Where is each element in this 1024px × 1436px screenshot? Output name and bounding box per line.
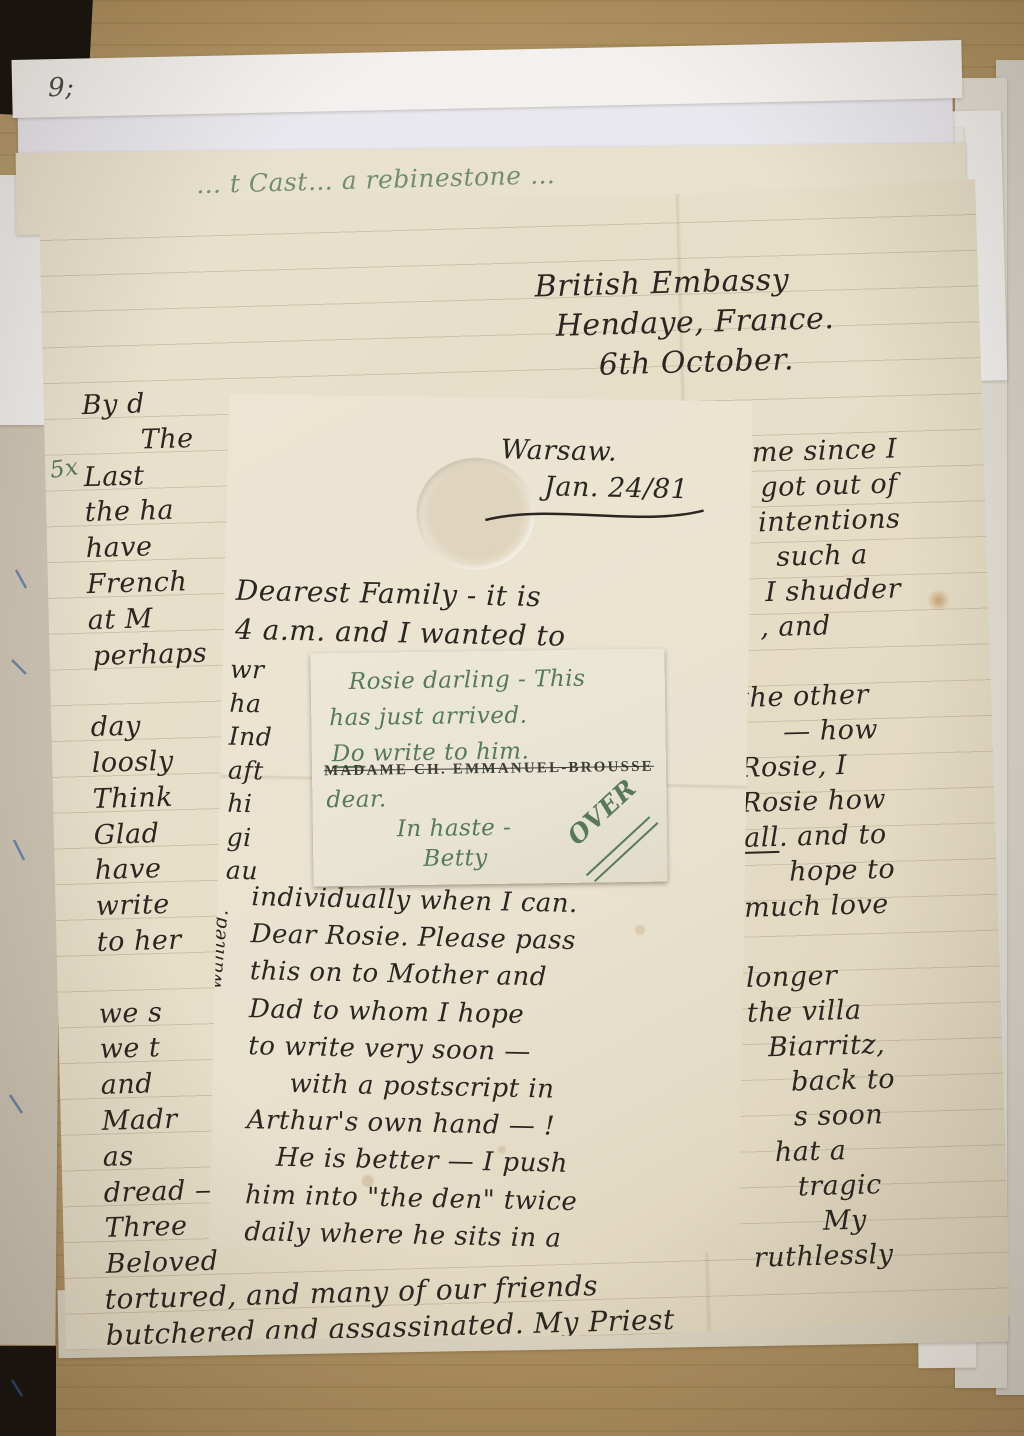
green-margin-note: 5x xyxy=(48,454,80,484)
letter-line-fragment: Ind xyxy=(228,720,272,754)
letter-line: the ha xyxy=(84,492,204,531)
place-line: Warsaw. xyxy=(501,434,618,467)
visiting-card: Rosie darling - This has just arrived. D… xyxy=(310,649,667,887)
letter-line: have xyxy=(85,528,205,567)
printed-card-name: MADAME CH. EMMANUEL-BROUSSE xyxy=(312,759,666,781)
letter-line-fragment: hi xyxy=(227,787,271,821)
letter-line: Rosie, I xyxy=(740,746,908,786)
green-script-fragment: … t Cast… a rebinestone … xyxy=(196,160,556,199)
corner-pencil-note: 9; xyxy=(48,73,75,104)
letter-line: hope to xyxy=(789,851,911,889)
salutation-lines: Dearest Family - it is4 a.m. and I wante… xyxy=(235,571,567,656)
card-signature-betty: Betty xyxy=(423,845,488,872)
letter-line: time since I xyxy=(731,431,899,471)
letter-line: we t xyxy=(99,1029,219,1068)
letter-line-all-underlined: all. and to xyxy=(744,819,887,854)
letter-line: the other xyxy=(738,676,906,716)
card-dear: dear. xyxy=(326,786,387,813)
letter-line: ruthlessly xyxy=(753,1236,921,1276)
letter-line: this on to Mother and xyxy=(249,954,582,998)
card-over-note: OVER xyxy=(562,773,642,850)
letter-line: got out of xyxy=(760,466,900,505)
date-underline-flourish xyxy=(479,500,709,531)
letter-line: longer xyxy=(746,956,914,996)
letter-line xyxy=(737,641,905,681)
letter-line: such a xyxy=(776,536,902,574)
letter-line: y intentions xyxy=(733,501,901,541)
letter-line: at M xyxy=(87,600,207,639)
letter-line: Last xyxy=(83,456,203,495)
letter-line: tragic xyxy=(797,1166,919,1204)
letter-line: , and xyxy=(760,606,904,645)
archive-photo: { "colors": { "cardboard": "#b2966a", "b… xyxy=(0,0,1024,1436)
letter-line-fragment: ha xyxy=(229,686,273,720)
letter-line: with a postscript in xyxy=(289,1066,580,1109)
letter-line: Dearest Family - it is xyxy=(235,571,566,617)
letter-line: we s xyxy=(98,993,218,1032)
letter-line: Glad xyxy=(93,814,213,853)
letter-right-column: time since Igot out ofy intentionssuch a… xyxy=(731,431,921,1275)
heading-line: 6th October. xyxy=(598,339,836,386)
letter-line xyxy=(745,921,913,961)
letter-line: have xyxy=(94,850,214,889)
letter-line-fragment: wr xyxy=(230,653,274,687)
card-green-line-2: has just arrived. xyxy=(329,702,527,731)
letter-line: I shudder xyxy=(765,571,903,610)
card-closing-haste: In haste - xyxy=(397,815,512,843)
line-remainder: . and to xyxy=(779,819,887,853)
letter-line: s soon xyxy=(793,1096,917,1134)
underlined-word: all xyxy=(744,822,780,854)
letter-left-column: By dTheLastthe hahaveFrenchat Mperhaps d… xyxy=(81,385,225,1283)
letter-line xyxy=(89,671,209,710)
letter-line: perhaps xyxy=(92,635,208,674)
letter-line: write xyxy=(95,886,215,925)
letter-line: as xyxy=(102,1136,222,1175)
letter-line xyxy=(97,957,217,996)
over-slash-2 xyxy=(594,822,658,882)
letter-line: dread — xyxy=(103,1172,223,1211)
letter-line: the villa xyxy=(747,991,915,1031)
rust-stain xyxy=(925,590,952,611)
letter-line: By d xyxy=(81,385,201,424)
letter-line: Madr xyxy=(101,1101,221,1140)
letter-line: Three xyxy=(104,1208,224,1247)
letter-line: He is better — I push xyxy=(276,1140,579,1184)
letter-line: Biarritz, xyxy=(768,1026,916,1065)
letter-line: Beloved xyxy=(105,1244,225,1283)
letter-line: hat a xyxy=(774,1131,918,1170)
letter-line: day xyxy=(90,707,210,746)
letter-heading: British EmbassyHendaye, France.6th Octob… xyxy=(534,259,836,387)
date-line: Jan. 24/81 xyxy=(544,471,689,505)
letter-line-fragment: gi xyxy=(226,820,270,854)
letter-line: French xyxy=(86,564,206,603)
letter-line: and xyxy=(100,1065,220,1104)
letter-line: — how xyxy=(783,711,907,749)
letter-line: to her xyxy=(96,922,216,961)
letter-line-fragment: aft xyxy=(228,753,272,787)
card-green-line-1: Rosie darling - This xyxy=(349,666,586,695)
warsaw-body-lines: individually when I can.Dear Rosie. Plea… xyxy=(244,879,584,1258)
letter-line: The xyxy=(140,421,202,458)
letter-line: loosly xyxy=(91,743,211,782)
letter-line: 4 a.m. and I wanted to xyxy=(235,610,566,656)
letter-line: Think xyxy=(92,778,212,817)
letter-line: My xyxy=(822,1201,920,1239)
letter-line: back to xyxy=(790,1061,916,1099)
letter-line: Rosie how xyxy=(741,781,909,821)
letter-line: much love xyxy=(744,886,912,926)
left-edge-fragments: wrhaIndafthigiau xyxy=(226,653,274,888)
